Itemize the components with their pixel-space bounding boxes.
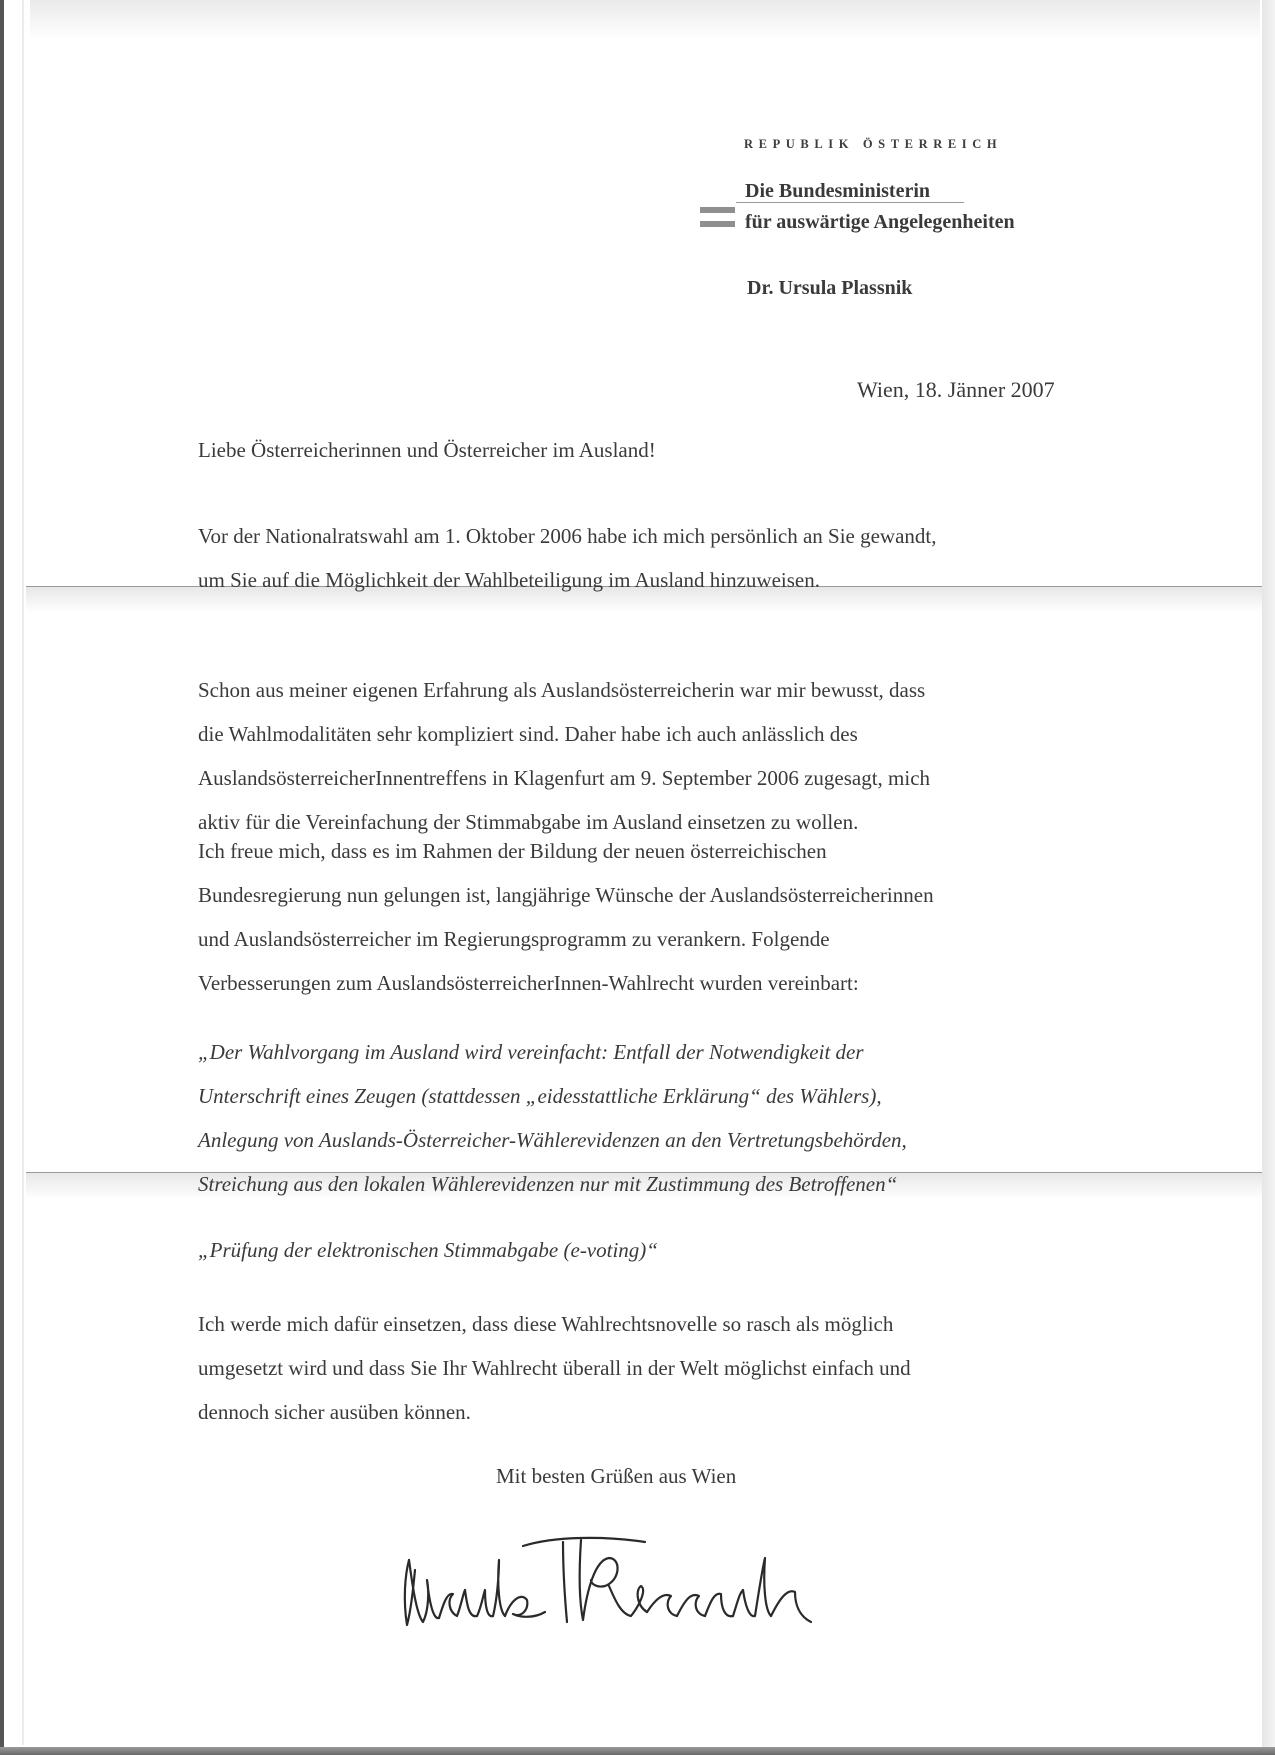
date-line: Wien, 18. Jänner 2007 bbox=[857, 377, 1055, 403]
austrian-flag-bars-icon bbox=[700, 221, 735, 227]
quoted-agreement: „Der Wahlvorgang im Ausland wird vereinf… bbox=[198, 1030, 1098, 1206]
austrian-flag-bars-icon bbox=[700, 207, 735, 213]
text-line: und Auslandsösterreicher im Regierungspr… bbox=[198, 917, 1098, 961]
text-line: Ich freue mich, dass es im Rahmen der Bi… bbox=[198, 829, 1098, 873]
text-line: Anlegung von Auslands-Österreicher-Wähle… bbox=[198, 1118, 1098, 1162]
letterhead-ministry: Die Bundesministerin für auswärtige Ange… bbox=[745, 176, 1015, 238]
scan-edge-bottom bbox=[0, 1747, 1275, 1755]
text-line: Vor der Nationalratswahl am 1. Oktober 2… bbox=[198, 514, 1098, 558]
text-line: Ich werde mich dafür einsetzen, dass die… bbox=[198, 1302, 1098, 1346]
scan-edge-right bbox=[1262, 0, 1275, 1755]
text-line: „Prüfung der elektronischen Stimmabgabe … bbox=[198, 1228, 1098, 1272]
text-line: Bundesregierung nun gelungen ist, langjä… bbox=[198, 873, 1098, 917]
text-line: AuslandsösterreicherInnentreffens in Kla… bbox=[198, 756, 1098, 800]
handwritten-signature-icon bbox=[395, 1530, 895, 1640]
text-line: Unterschrift eines Zeugen (stattdessen „… bbox=[198, 1074, 1098, 1118]
paragraph: Ich freue mich, dass es im Rahmen der Bi… bbox=[198, 829, 1098, 1005]
text-line: umgesetzt wird und dass Sie Ihr Wahlrech… bbox=[198, 1346, 1098, 1390]
paragraph: Vor der Nationalratswahl am 1. Oktober 2… bbox=[198, 514, 1098, 602]
minister-name: Dr. Ursula Plassnik bbox=[747, 277, 912, 300]
ministry-line-2: für auswärtige Angelegenheiten bbox=[745, 207, 1015, 238]
letterhead-country: REPUBLIK ÖSTERREICH bbox=[744, 137, 1002, 152]
closing-greeting: Mit besten Grüßen aus Wien bbox=[496, 1464, 736, 1489]
text-line: Streichung aus den lokalen Wählerevidenz… bbox=[198, 1162, 1098, 1206]
scan-edge-left-inner bbox=[22, 0, 24, 1745]
text-line: um Sie auf die Möglichkeit der Wahlbetei… bbox=[198, 558, 1098, 602]
scan-edge-left bbox=[0, 0, 4, 1755]
text-line: „Der Wahlvorgang im Ausland wird vereinf… bbox=[198, 1030, 1098, 1074]
scan-top-shadow bbox=[30, 0, 1260, 40]
paragraph: Schon aus meiner eigenen Erfahrung als A… bbox=[198, 668, 1098, 844]
quoted-agreement: „Prüfung der elektronischen Stimmabgabe … bbox=[198, 1228, 1098, 1272]
text-line: Verbesserungen zum AuslandsösterreicherI… bbox=[198, 961, 1098, 1005]
letterhead-divider bbox=[736, 202, 964, 203]
text-line: dennoch sicher ausüben können. bbox=[198, 1390, 1098, 1434]
paragraph: Ich werde mich dafür einsetzen, dass die… bbox=[198, 1302, 1098, 1434]
salutation: Liebe Österreicherinnen und Österreicher… bbox=[198, 428, 1098, 472]
text-line: Schon aus meiner eigenen Erfahrung als A… bbox=[198, 668, 1098, 712]
text-line: die Wahlmodalitäten sehr kompliziert sin… bbox=[198, 712, 1098, 756]
